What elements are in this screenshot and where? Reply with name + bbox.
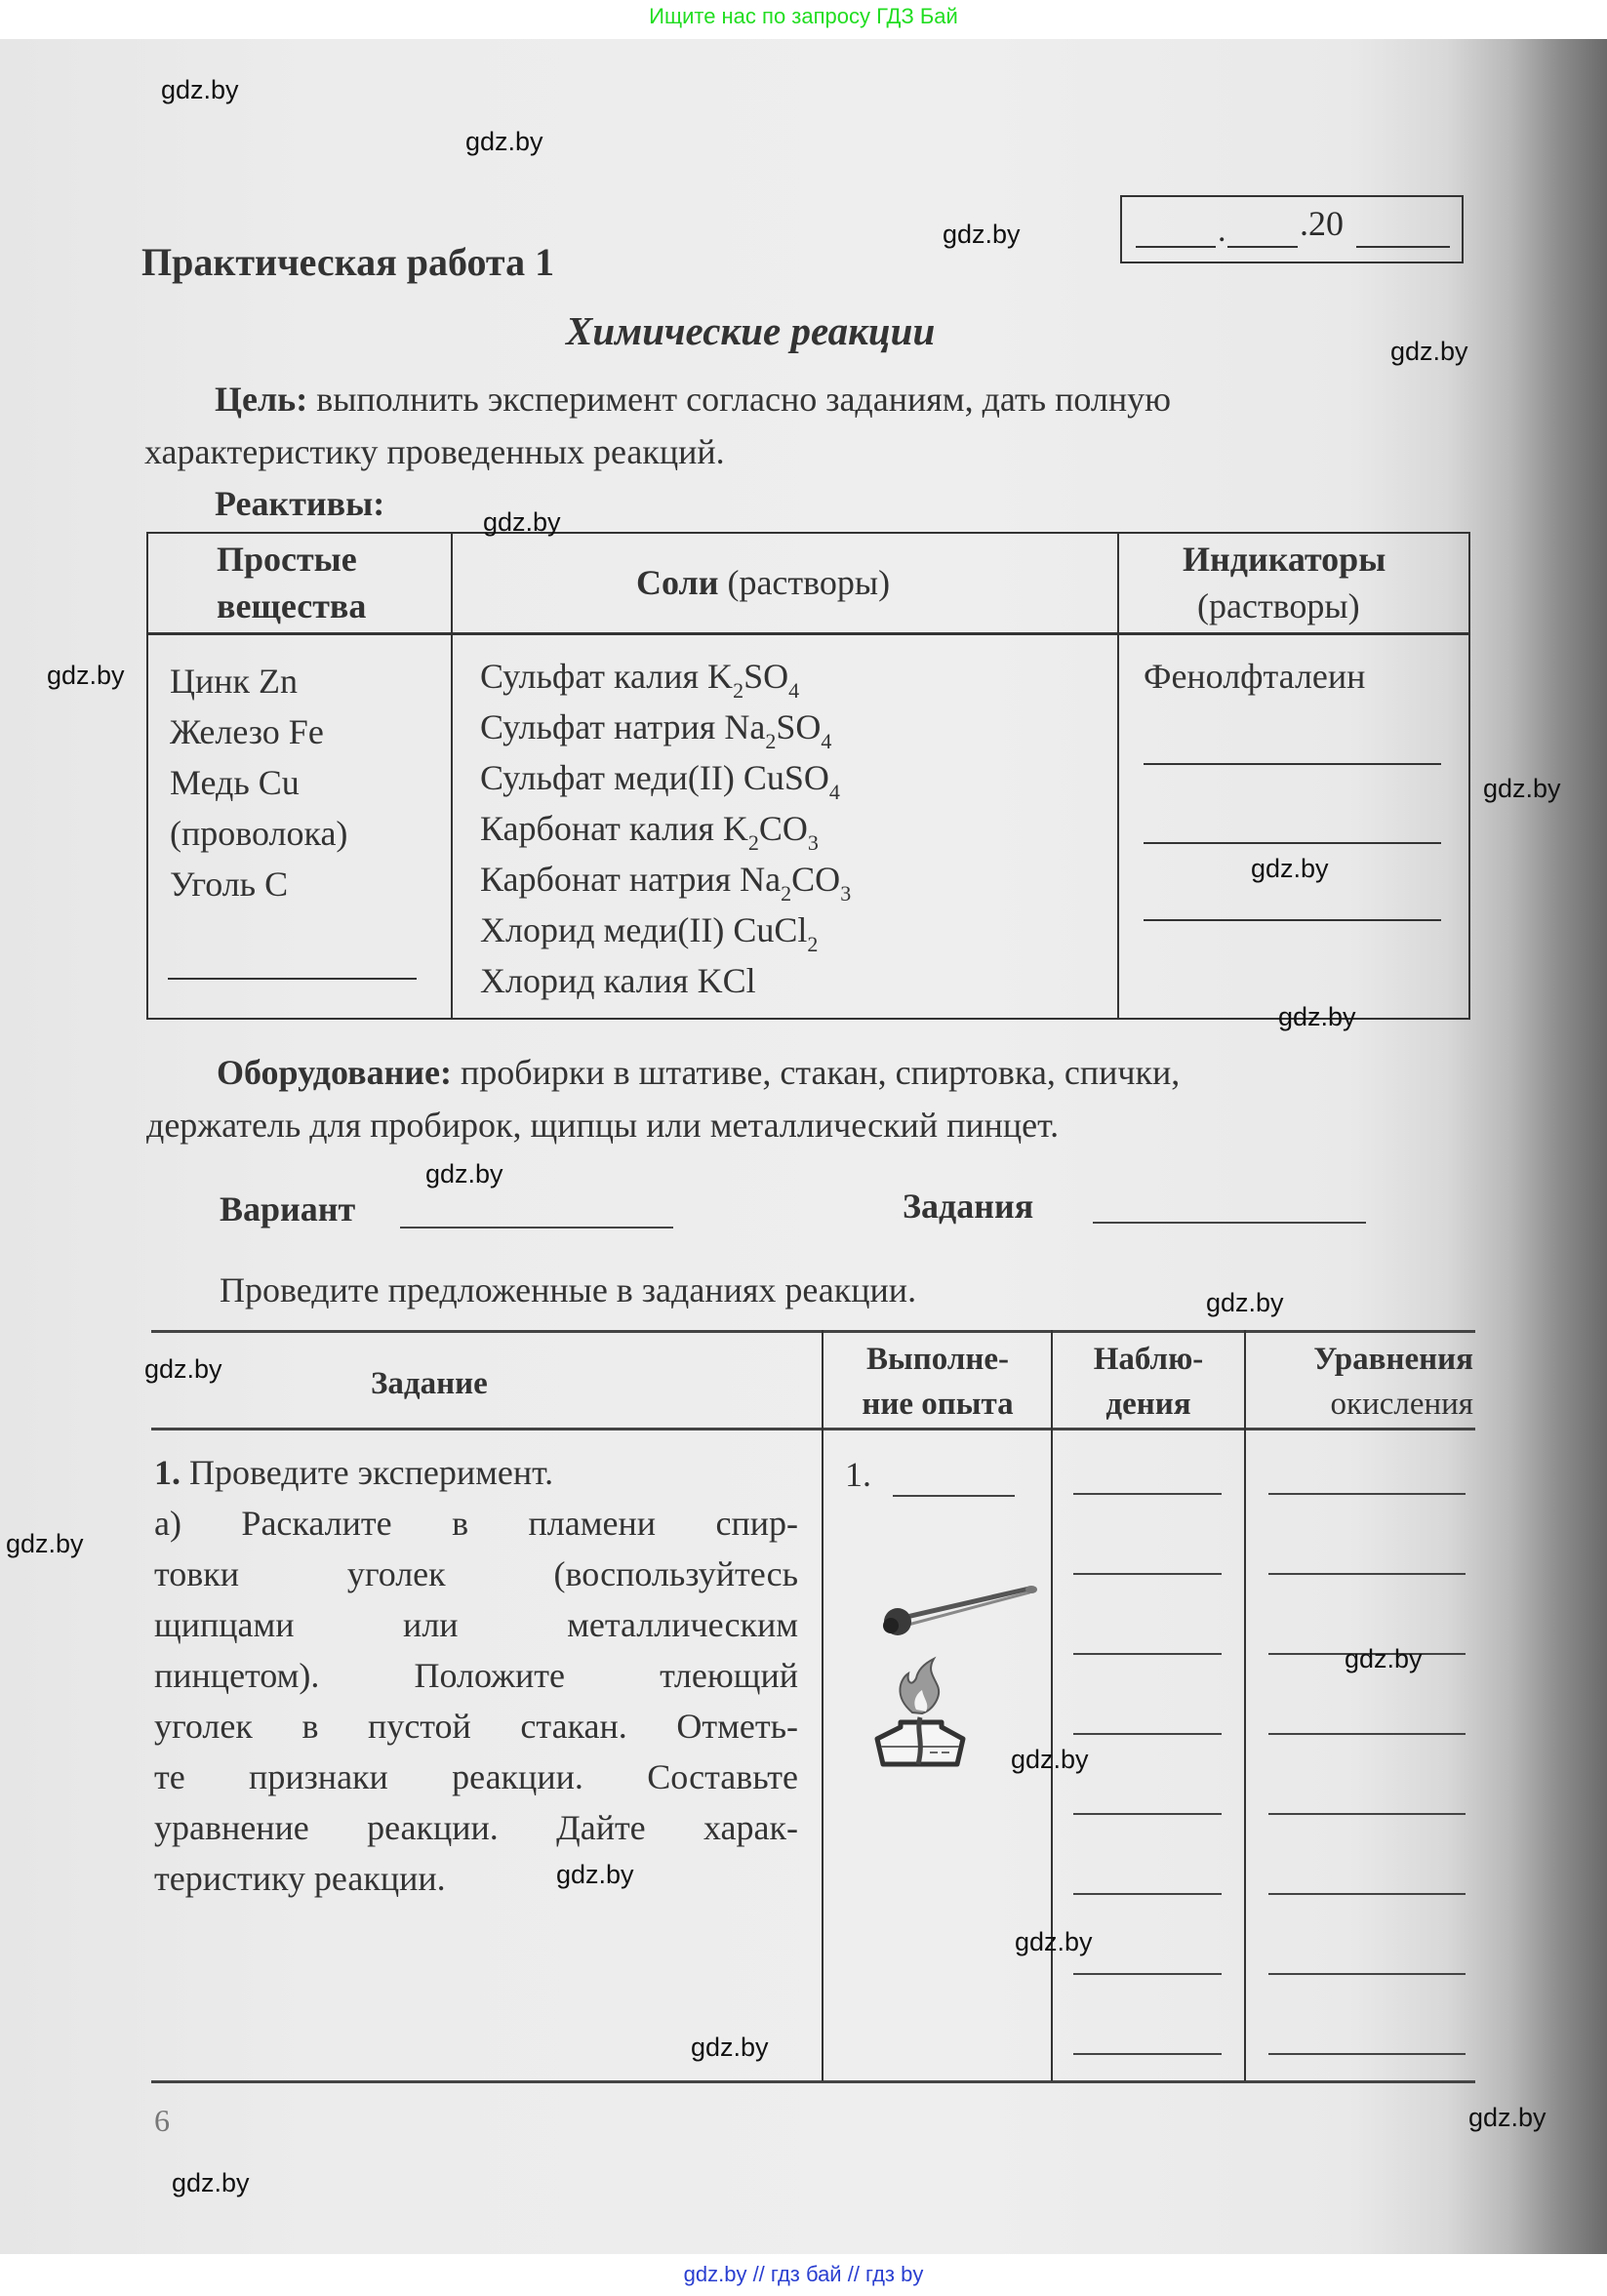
salt-item: Сульфат калия K2SO4 <box>480 651 799 702</box>
variant-label: Вариант <box>220 1184 355 1234</box>
observations-answer-line[interactable] <box>1073 1573 1222 1575</box>
indicator-blank-line-1[interactable] <box>1144 763 1441 765</box>
equations-answer-line[interactable] <box>1268 2053 1466 2055</box>
task-text-line: пинцетом). Положите тлеющий <box>154 1650 798 1701</box>
watermark-text: gdz.by <box>1345 1644 1423 1674</box>
watermark-text: gdz.by <box>161 75 239 105</box>
watermark-text: gdz.by <box>691 2033 769 2063</box>
indicator-blank-line-2[interactable] <box>1144 842 1441 844</box>
simple-blank-line[interactable] <box>168 978 417 980</box>
header-observations: Наблю- дения <box>1054 1337 1243 1427</box>
salt-item: Сульфат натрия Na2SO4 <box>480 702 831 752</box>
execution-answer-line[interactable] <box>893 1495 1015 1497</box>
execution-number: 1. <box>845 1449 871 1500</box>
watermark-text: gdz.by <box>1011 1745 1089 1775</box>
salt-item: Хлорид калия KCl <box>480 955 756 1006</box>
equations-answer-line[interactable] <box>1268 1573 1466 1575</box>
header-task: Задание <box>371 1361 488 1406</box>
simple-substance-item: Уголь C <box>170 859 288 909</box>
watermark-text: gdz.by <box>1483 774 1561 804</box>
header-salts: Соли (растворы) <box>636 557 890 608</box>
salt-item: Карбонат натрия Na2CO3 <box>480 854 851 905</box>
equations-answer-line[interactable] <box>1268 1893 1466 1895</box>
day-blank[interactable] <box>1136 246 1216 248</box>
task-text-line: товки уголек (воспользуйтесь <box>154 1549 798 1599</box>
top-banner: Ищите нас по запросу ГДЗ Бай <box>0 4 1607 29</box>
watermark-text: gdz.by <box>1206 1288 1284 1318</box>
task-text-line: а) Раскалите в пламени спир- <box>154 1498 798 1549</box>
header-execution: Выполне- ние опыта <box>827 1337 1048 1427</box>
reagents-label: Реактивы: <box>215 478 384 529</box>
salt-item: Хлорид меди(II) CuCl2 <box>480 905 818 955</box>
observations-answer-line[interactable] <box>1073 1493 1222 1495</box>
watermark-text: gdz.by <box>6 1529 84 1559</box>
equations-answer-line[interactable] <box>1268 1973 1466 1975</box>
task-text-line: те признаки реакции. Составьте <box>154 1752 798 1802</box>
indicator-item: Фенолфталеин <box>1144 651 1365 702</box>
date-box: . .20 <box>1120 195 1464 263</box>
observations-answer-line[interactable] <box>1073 2053 1222 2055</box>
indicator-blank-line-3[interactable] <box>1144 919 1441 921</box>
simple-substance-item: Железо Fe <box>170 706 324 757</box>
header-indicators-2: (растворы) <box>1197 581 1360 631</box>
watermark-text: gdz.by <box>483 507 561 538</box>
watermark-text: gdz.by <box>47 661 125 691</box>
tasks-field[interactable] <box>1093 1222 1366 1224</box>
watermark-text: gdz.by <box>425 1159 503 1189</box>
observations-answer-line[interactable] <box>1073 1733 1222 1735</box>
observations-answer-line[interactable] <box>1073 1813 1222 1815</box>
header-simple-1: Простые <box>217 534 357 584</box>
page-number: 6 <box>154 2103 170 2139</box>
year-prefix: .20 <box>1300 203 1344 244</box>
equipment-line-1: Оборудование: пробирки в штативе, стакан… <box>217 1047 1180 1098</box>
goal-line-1: Цель: выполнить эксперимент согласно зад… <box>215 374 1171 424</box>
goal-text-1: выполнить эксперимент согласно заданиям,… <box>316 380 1171 419</box>
reagents-table: Простые вещества Соли (растворы) Индикат… <box>146 532 1470 1020</box>
task-text-line: уголек в пустой стакан. Отметь- <box>154 1701 798 1752</box>
watermark-text: gdz.by <box>1468 2103 1547 2133</box>
header-indicators-1: Индикаторы <box>1183 534 1386 584</box>
observations-answer-line[interactable] <box>1073 1893 1222 1895</box>
watermark-text: gdz.by <box>1390 337 1468 367</box>
watermark-text: gdz.by <box>172 2168 250 2198</box>
watermark-text: gdz.by <box>465 127 543 157</box>
equations-answer-line[interactable] <box>1268 1733 1466 1735</box>
task-text-line: теристику реакции. <box>154 1853 798 1904</box>
salt-item: Сульфат меди(II) CuSO4 <box>480 752 840 803</box>
watermark-text: gdz.by <box>1278 1002 1356 1032</box>
observations-answer-line[interactable] <box>1073 1973 1222 1975</box>
watermark-text: gdz.by <box>1251 854 1329 884</box>
header-simple-2: вещества <box>217 581 366 631</box>
salt-item: Карбонат калия K2CO3 <box>480 803 819 854</box>
equations-answer-line[interactable] <box>1268 1813 1466 1815</box>
task-text-line: уравнение реакции. Дайте харак- <box>154 1802 798 1853</box>
month-blank[interactable] <box>1227 246 1298 248</box>
task-1: 1. Проведите эксперимент. а) Раскалите в… <box>154 1447 798 1904</box>
bottom-banner: gdz.by // гдз бай // гдз by <box>0 2262 1607 2287</box>
page-title: Практическая работа 1 <box>141 239 554 285</box>
header-equations: Уравнения окисления <box>1249 1337 1473 1427</box>
equipment-line-2: держатель для пробирок, щипцы или металл… <box>146 1100 1059 1150</box>
task-1-intro: 1. Проведите эксперимент. <box>154 1447 798 1498</box>
page-subtitle: Химические реакции <box>566 307 935 354</box>
tasks-label: Задания <box>903 1181 1033 1231</box>
instruction-text: Проведите предложенные в заданиях реакци… <box>220 1265 916 1315</box>
equations-answer-line[interactable] <box>1268 1493 1466 1495</box>
variant-field[interactable] <box>400 1227 673 1229</box>
watermark-text: gdz.by <box>943 220 1021 250</box>
date-dot: . <box>1218 213 1226 250</box>
task-text-line: щипцами или металлическим <box>154 1599 798 1650</box>
task-1-description: а) Раскалите в пламени спир-товки уголек… <box>154 1498 798 1904</box>
year-blank[interactable] <box>1356 246 1450 248</box>
goal-label: Цель: <box>215 380 307 419</box>
observations-answer-line[interactable] <box>1073 1653 1222 1655</box>
simple-substance-item: (проволока) <box>170 808 347 859</box>
watermark-text: gdz.by <box>1015 1927 1093 1957</box>
goal-line-2: характеристику проведенных реакций. <box>144 426 725 477</box>
simple-substance-item: Медь Cu <box>170 757 300 808</box>
watermark-text: gdz.by <box>556 1860 634 1890</box>
simple-substance-item: Цинк Zn <box>170 656 298 706</box>
watermark-text: gdz.by <box>144 1354 222 1385</box>
equipment-label: Оборудование: <box>217 1053 452 1092</box>
